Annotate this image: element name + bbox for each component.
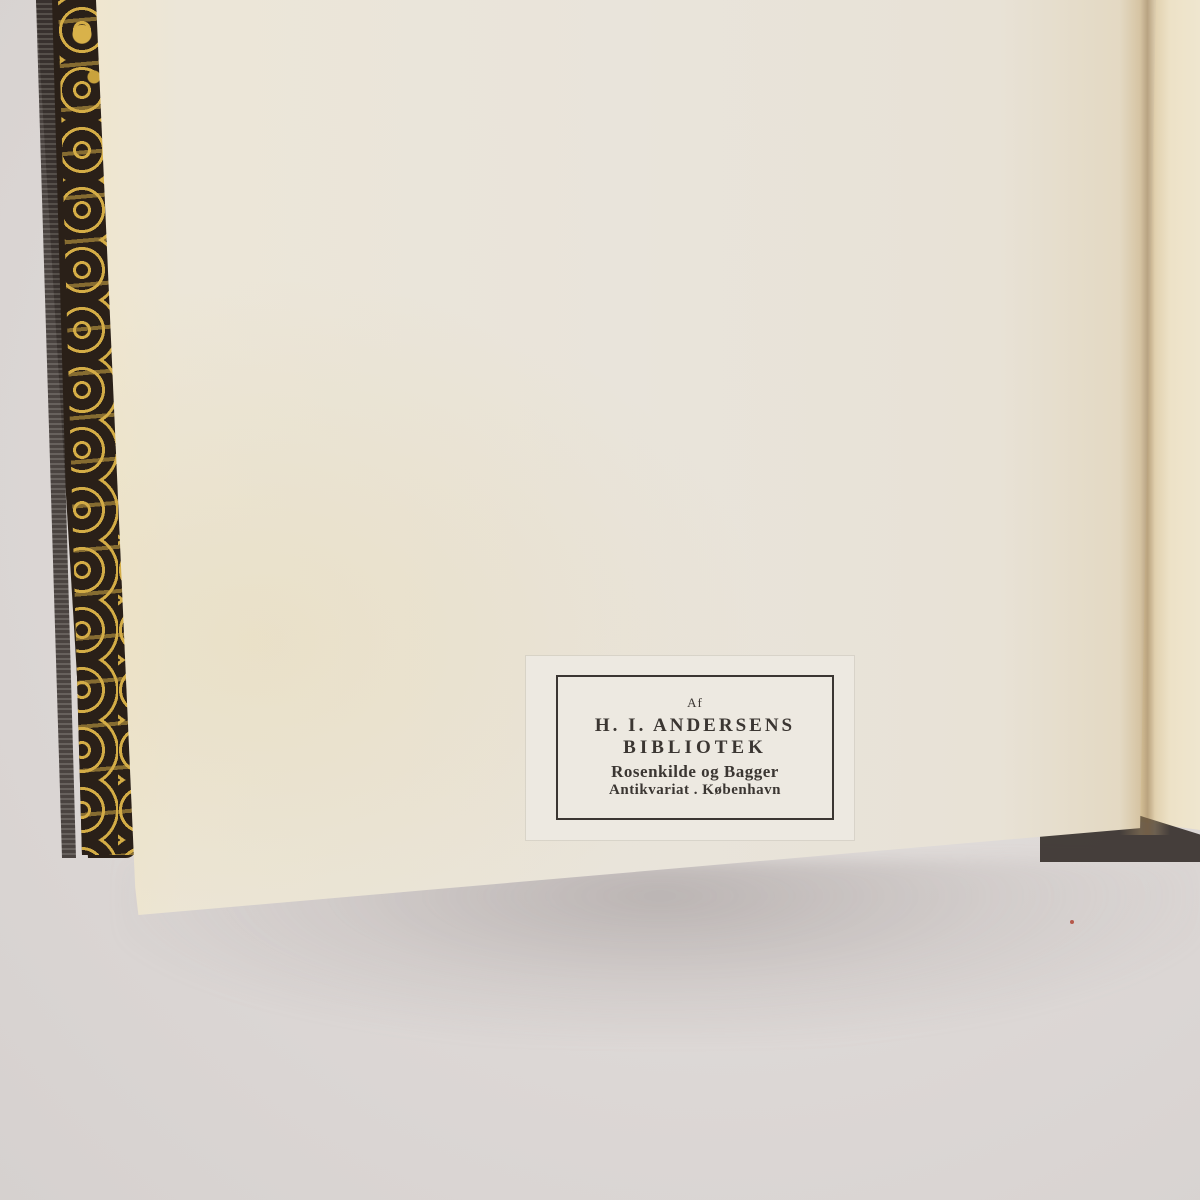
bookplate-location: Antikvariat . København xyxy=(609,782,781,799)
bookplate-owner: H. I. ANDERSENS xyxy=(595,715,795,737)
book-photo: Af H. I. ANDERSENS BIBLIOTEK Rosenkilde … xyxy=(0,0,1200,1200)
book-gutter xyxy=(1120,0,1170,835)
surface-speck xyxy=(1070,920,1074,924)
bookplate-af: Af xyxy=(687,696,703,711)
bookplate-dealer: Rosenkilde og Bagger xyxy=(611,762,779,782)
bookplate-label: Af H. I. ANDERSENS BIBLIOTEK Rosenkilde … xyxy=(556,675,834,820)
bookplate-library: BIBLIOTEK xyxy=(623,737,767,759)
